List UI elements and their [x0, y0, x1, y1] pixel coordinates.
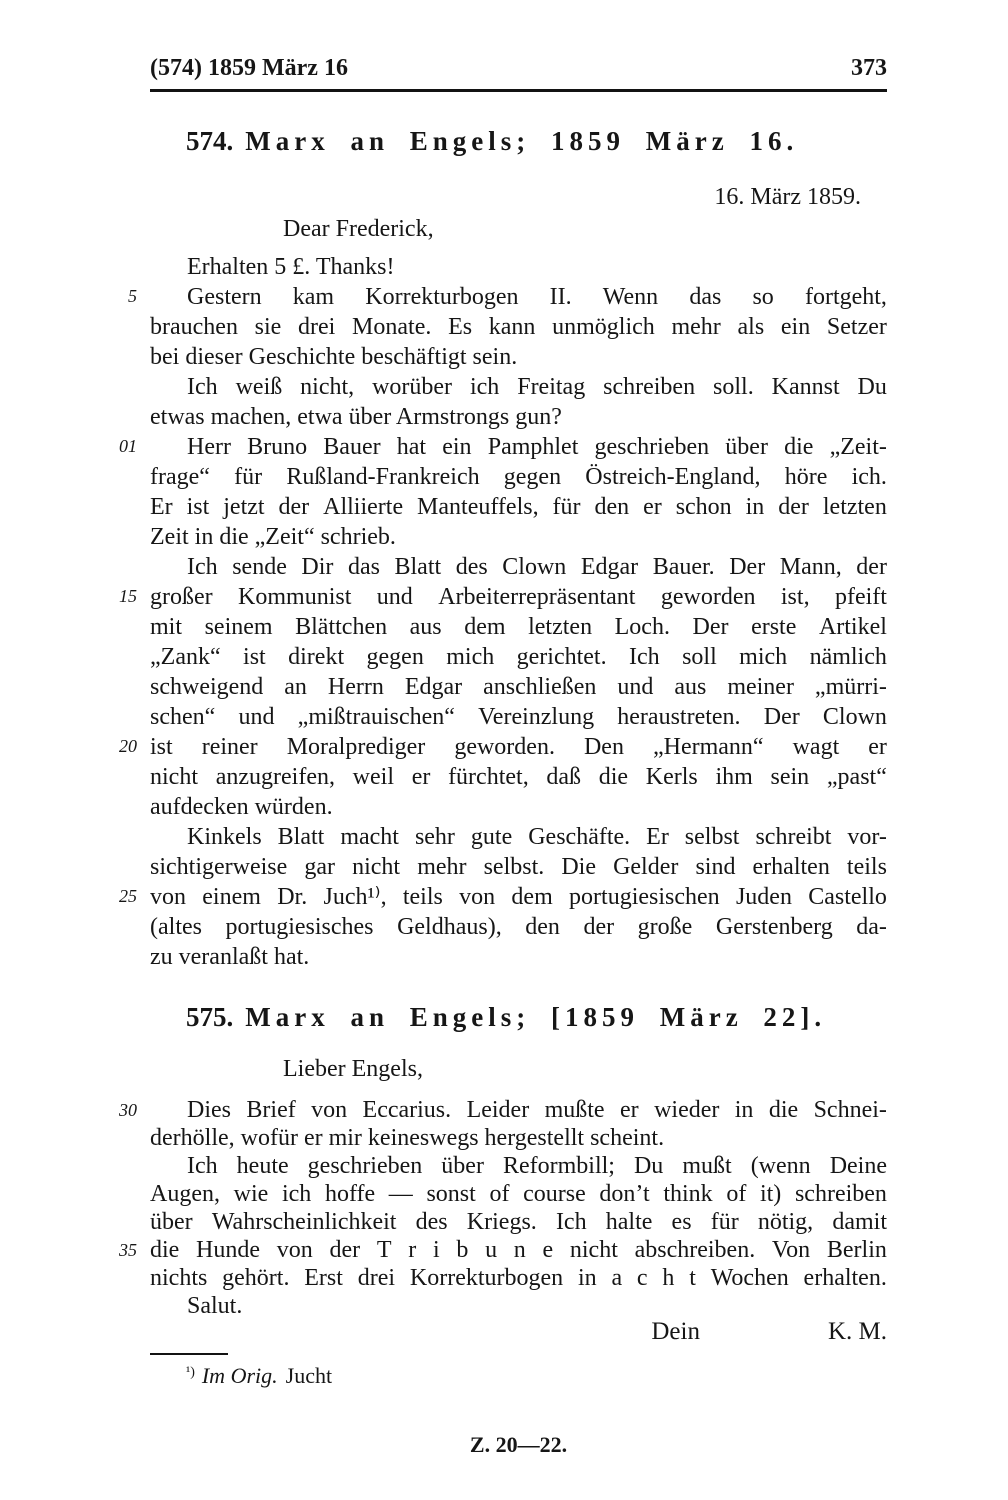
text-line: IchsendeDirdasBlattdesClownEdgarBauer.De…: [150, 552, 887, 582]
text-line: bei dieser Geschichte beschäftigt sein.: [150, 342, 887, 372]
line-text: Augen,wieichhoffe—sonstofcoursedon’tthin…: [150, 1180, 887, 1208]
text-line: 15großerKommunistundArbeiterrepräsentant…: [150, 582, 887, 612]
text-line: nichtanzugreifen,weilerfürchtet,daßdieKe…: [150, 762, 887, 792]
line-text: Zeit in die „Zeit“ schrieb.: [150, 522, 887, 552]
line-text: schweigendanHerrnEdgaranschließenundausm…: [150, 672, 887, 702]
text-line: sichtigerweisegarnichtmehrselbst.DieGeld…: [150, 852, 887, 882]
text-line: Ichweißnicht,worüberichFreitagschreibens…: [150, 372, 887, 402]
text-line: schen“und„mißtrauischen“Vereinzlungherau…: [150, 702, 887, 732]
letter-574-title: Marx an Engels; 1859 März 16.: [245, 126, 798, 156]
line-text: sichtigerweisegarnichtmehrselbst.DieGeld…: [150, 852, 887, 882]
letter-575-title: Marx an Engels; [1859 März 22].: [245, 1002, 826, 1032]
text-line: schweigendanHerrnEdgaranschließenundausm…: [150, 672, 887, 702]
line-text: Salut.: [150, 1292, 887, 1320]
letter-574-date: 16. März 1859.: [150, 184, 887, 211]
signature-initials: K. M.: [828, 1318, 887, 1346]
margin-line-number: 20: [103, 734, 137, 758]
line-text: Ichweißnicht,worüberichFreitagschreibens…: [150, 372, 887, 402]
text-line: etwas machen, etwa über Armstrongs gun?: [150, 402, 887, 432]
line-text: etwas machen, etwa über Armstrongs gun?: [150, 402, 887, 432]
text-line: Erhalten 5 £. Thanks!: [150, 252, 887, 282]
line-text: zu veranlaßt hat.: [150, 942, 887, 972]
letter-575-signature: Dein K. M.: [150, 1318, 887, 1346]
line-text: frage“fürRußland-FrankreichgegenÖstreich…: [150, 462, 887, 492]
line-text: Erhalten 5 £. Thanks!: [150, 252, 887, 282]
text-line: nichtsgehört.ErstdreiKorrekturbogeninach…: [150, 1264, 887, 1292]
text-line: frage“fürRußland-FrankreichgegenÖstreich…: [150, 462, 887, 492]
text-line: derhölle, wofür er mir keineswegs herges…: [150, 1124, 887, 1152]
text-line: 30DiesBriefvonEccarius.Leidermußteerwied…: [150, 1096, 887, 1124]
letter-574-salutation: Dear Frederick,: [283, 216, 434, 243]
margin-line-number: 01: [103, 434, 137, 458]
running-header-left: (574) 1859 März 16: [150, 54, 348, 82]
text-line: EristjetztderAlliierteManteuffels,fürden…: [150, 492, 887, 522]
line-text: nichtanzugreifen,weilerfürchtet,daßdieKe…: [150, 762, 887, 792]
line-text: brauchensiedreiMonate.Eskannunmöglichmeh…: [150, 312, 887, 342]
text-line: zu veranlaßt hat.: [150, 942, 887, 972]
line-text: nichtsgehört.ErstdreiKorrekturbogeninach…: [150, 1264, 887, 1292]
header-rule: [150, 89, 887, 92]
line-text: dieHundevonderTribunenichtabschreiben.Vo…: [150, 1236, 887, 1264]
text-line: mitseinemBlättchenausdemletztenLoch.Dere…: [150, 612, 887, 642]
text-line: Salut.: [150, 1292, 887, 1320]
letter-574-body: Erhalten 5 £. Thanks!5GesternkamKorrektu…: [150, 252, 887, 972]
line-text: KinkelsBlattmachtsehrguteGeschäfte.Ersel…: [150, 822, 887, 852]
text-line: 20istreinerMoralpredigergeworden.Den„Her…: [150, 732, 887, 762]
text-line: „Zank“istdirektgegenmichgerichtet.Ichsol…: [150, 642, 887, 672]
letter-574-heading: 574.Marx an Engels; 1859 März 16.: [186, 126, 798, 157]
line-text: HerrBrunoBauerhateinPamphletgeschriebenü…: [150, 432, 887, 462]
text-line: Augen,wieichhoffe—sonstofcoursedon’tthin…: [150, 1180, 887, 1208]
line-text: DiesBriefvonEccarius.Leidermußteerwieder…: [150, 1096, 887, 1124]
text-line: überWahrscheinlichkeitdesKriegs.Ichhalte…: [150, 1208, 887, 1236]
letter-575-heading: 575.Marx an Engels; [1859 März 22].: [186, 1002, 826, 1033]
footnote: ¹)Im Orig.Jucht: [186, 1363, 332, 1389]
text-line: IchheutegeschriebenüberReformbill;Dumußt…: [150, 1152, 887, 1180]
running-header: (574) 1859 März 16 373: [150, 54, 887, 82]
text-line: Zeit in die „Zeit“ schrieb.: [150, 522, 887, 552]
line-text: aufdecken würden.: [150, 792, 887, 822]
signature-closing: Dein: [651, 1318, 700, 1346]
margin-line-number: 5: [103, 284, 137, 308]
text-line: 25voneinemDr.Juch¹⁾,teilsvondemportugies…: [150, 882, 887, 912]
footnote-rule: [150, 1353, 228, 1355]
line-text: überWahrscheinlichkeitdesKriegs.Ichhalte…: [150, 1208, 887, 1236]
footnote-text: Jucht: [286, 1363, 332, 1388]
line-text: istreinerMoralpredigergeworden.Den„Herma…: [150, 732, 887, 762]
margin-line-number: 15: [103, 584, 137, 608]
line-text: derhölle, wofür er mir keineswegs herges…: [150, 1124, 887, 1152]
line-text: IchsendeDirdasBlattdesClownEdgarBauer.De…: [150, 552, 887, 582]
footnote-source: Im Orig.: [202, 1363, 278, 1388]
printers-note: Z. 20—22.: [150, 1432, 887, 1458]
footnote-marker: ¹): [186, 1365, 195, 1380]
line-text: (altesportugiesischesGeldhaus),dendergro…: [150, 912, 887, 942]
line-text: GesternkamKorrekturbogenII.Wenndassofort…: [150, 282, 887, 312]
letter-574-number: 574.: [186, 126, 233, 156]
text-line: aufdecken würden.: [150, 792, 887, 822]
text-line: KinkelsBlattmachtsehrguteGeschäfte.Ersel…: [150, 822, 887, 852]
text-line: brauchensiedreiMonate.Eskannunmöglichmeh…: [150, 312, 887, 342]
line-text: großerKommunistundArbeiterrepräsentantge…: [150, 582, 887, 612]
letter-575-number: 575.: [186, 1002, 233, 1032]
book-page: { "page": { "running_header": "(574) 185…: [0, 0, 1008, 1500]
text-line: 35dieHundevonderTribunenichtabschreiben.…: [150, 1236, 887, 1264]
line-text: „Zank“istdirektgegenmichgerichtet.Ichsol…: [150, 642, 887, 672]
margin-line-number: 30: [103, 1098, 137, 1122]
text-line: 5GesternkamKorrekturbogenII.Wenndassofor…: [150, 282, 887, 312]
letter-575-body: 30DiesBriefvonEccarius.Leidermußteerwied…: [150, 1096, 887, 1320]
text-line: 01HerrBrunoBauerhateinPamphletgeschriebe…: [150, 432, 887, 462]
line-text: IchheutegeschriebenüberReformbill;Dumußt…: [150, 1152, 887, 1180]
margin-line-number: 35: [103, 1238, 137, 1262]
line-text: EristjetztderAlliierteManteuffels,fürden…: [150, 492, 887, 522]
line-text: mitseinemBlättchenausdemletztenLoch.Dere…: [150, 612, 887, 642]
text-line: (altesportugiesischesGeldhaus),dendergro…: [150, 912, 887, 942]
line-text: schen“und„mißtrauischen“Vereinzlungherau…: [150, 702, 887, 732]
page-number: 373: [851, 54, 887, 82]
letter-575-salutation: Lieber Engels,: [283, 1056, 423, 1083]
line-text: voneinemDr.Juch¹⁾,teilsvondemportugiesis…: [150, 882, 887, 912]
margin-line-number: 25: [103, 884, 137, 908]
line-text: bei dieser Geschichte beschäftigt sein.: [150, 342, 887, 372]
